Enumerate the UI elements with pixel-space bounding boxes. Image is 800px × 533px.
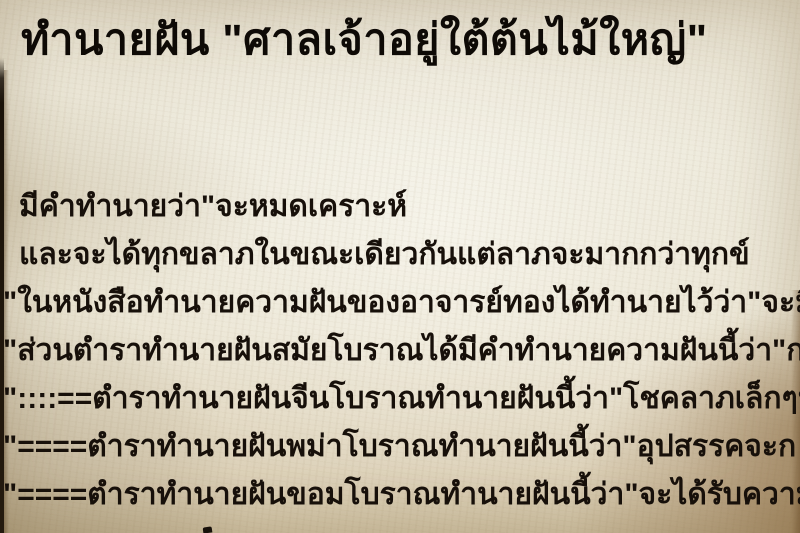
prediction-line: "====ตำราทำนายฝันขอมโบราณทำนายฝันนี้ว่า"… xyxy=(0,471,800,519)
prediction-line: และจะได้ทุกขลาภในขณะเดียวกันแต่ลาภจะมากก… xyxy=(0,231,800,279)
prediction-line: "::::==ตำราทำนายฝันจีนโบราณทำนายฝันนี้ว่… xyxy=(0,375,800,423)
prediction-line: มีคำทำนายว่า"จะหมดเคราะห์ xyxy=(0,183,800,231)
clipped-next-line-mark xyxy=(203,526,213,533)
page-title: ทำนายฝัน "ศาลเจ้าอยู่ใต้ต้นไม้ใหญ่" xyxy=(21,8,708,72)
prediction-body: มีคำทำนายว่า"จะหมดเคราะห์ และจะได้ทุกขลา… xyxy=(0,183,800,519)
dream-interpretation-page: ทำนายฝัน "ศาลเจ้าอยู่ใต้ต้นไม้ใหญ่" มีคำ… xyxy=(0,0,800,533)
prediction-line: "ส่วนตำราทำนายฝันสมัยโบราณได้มีคำทำนายคว… xyxy=(0,327,800,375)
prediction-line: "ในหนังสือทำนายความฝันของอาจารย์ทองได้ทำ… xyxy=(0,279,800,327)
prediction-line: "====ตำราทำนายฝันพม่าโบราณทำนายฝันนี้ว่า… xyxy=(0,423,800,471)
